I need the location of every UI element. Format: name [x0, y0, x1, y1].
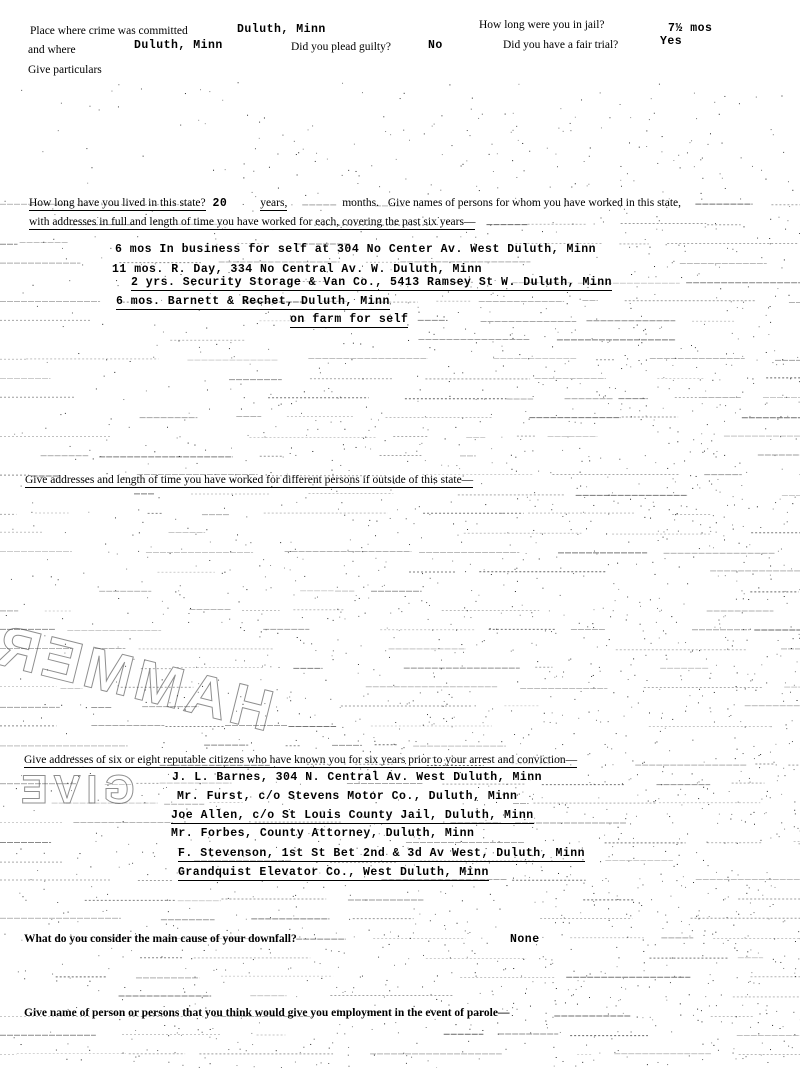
employment-entry: 11 mos. R. Day, 334 No Central Av. W. Du… [112, 263, 482, 276]
reference-entry: Grandquist Elevator Co., West Duluth, Mi… [178, 866, 489, 881]
years-label: years, [260, 197, 287, 211]
months-label: months. [342, 197, 379, 209]
downfall-question: What do you consider the main cause of y… [24, 933, 297, 945]
reference-entry: J. L. Barnes, 304 N. Central Av. West Du… [172, 771, 542, 784]
plead-guilty-value: No [428, 39, 443, 52]
employment-entry: 2 yrs. Security Storage & Van Co., 5413 … [131, 276, 612, 291]
residence-question-part2: Give names of persons for whom you have … [388, 197, 681, 209]
references-question: Give addresses of six or eight reputable… [24, 754, 577, 768]
jail-time-label: How long were you in jail? [479, 19, 605, 31]
residence-question-line2: with addresses in full and length of tim… [29, 216, 475, 230]
plead-guilty-label: Did you plead guilty? [291, 41, 391, 53]
employment-entry: 6 mos In business for self at 304 No Cen… [115, 243, 596, 256]
parole-question: Give name of person or persons that you … [24, 1007, 509, 1019]
and-where-label: and where [28, 44, 76, 56]
employment-entry: 6 mos. Barnett & Rechet, Duluth, Minn [116, 295, 390, 310]
reference-entry: Mr. Forbes, County Attorney, Duluth, Min… [171, 827, 474, 840]
years-value: 20 [213, 197, 228, 210]
crime-place-value: Duluth, Minn [237, 23, 326, 36]
hammer-stamp: HAMMER [0, 611, 280, 745]
employment-entry: on farm for self [290, 313, 408, 328]
outside-state-question: Give addresses and length of time you ha… [25, 474, 473, 488]
reference-entry: Mr. Furst, c/o Stevens Motor Co., Duluth… [177, 790, 517, 803]
give-particulars-label: Give particulars [28, 64, 102, 76]
fair-trial-label: Did you have a fair trial? [503, 39, 618, 51]
scan-noise [0, 0, 800, 1068]
reference-entry: F. Stevenson, 1st St Bet 2nd & 3d Av Wes… [178, 847, 585, 862]
crime-place-label: Place where crime was committed [30, 25, 188, 37]
give-stamp: GIVE [15, 768, 135, 813]
downfall-answer: None [510, 933, 540, 946]
jail-time-value: 7½ mos [668, 22, 712, 35]
residence-question-part1: How long have you lived in this state? [29, 197, 206, 211]
reference-entry: Joe Allen, c/o St Louis County Jail, Dul… [171, 809, 534, 824]
fair-trial-value: Yes [660, 35, 682, 48]
and-where-value: Duluth, Minn [134, 39, 223, 52]
residence-question: How long have you lived in this state? 2… [29, 197, 681, 210]
